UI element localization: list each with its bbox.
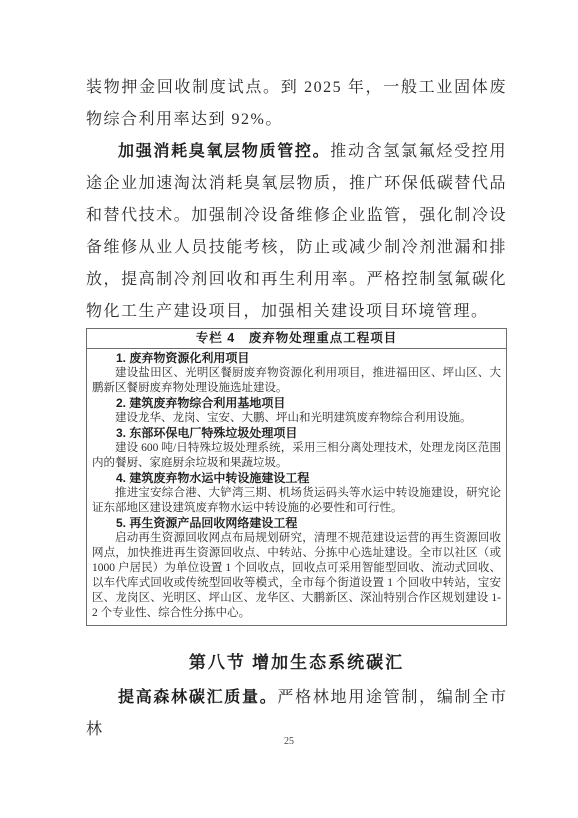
box-item-body: 建设 600 吨/日特殊垃圾处理系统，采用三相分离处理技术，处理龙岗区范围内的餐… <box>92 441 501 471</box>
column-box-body: 1. 废弃物资源化利用项目 建设盐田区、光明区餐厨废弃物资源化利用项目，推进福田… <box>87 349 506 625</box>
paragraph-ozone: 加强消耗臭氧层物质管控。推动含氢氯氟烃受控用途企业加速淘汰消耗臭氧层物质，推广环… <box>86 136 507 328</box>
page-content: 装物押金回收制度试点。到 2025 年，一般工业固体废物综合利用率达到 92%。… <box>86 72 507 746</box>
box-item-body: 启动再生资源回收网点布局规划研究，清理不规范建设运营的再生资源回收网点，加快推进… <box>92 531 501 621</box>
box-item-body: 建设盐田区、光明区餐厨废弃物资源化利用项目，推进福田区、坪山区、大鹏新区餐厨废弃… <box>92 366 501 396</box>
box-item-body: 建设龙华、龙岗、宝安、大鹏、坪山和光明建筑废弃物综合利用设施。 <box>92 411 501 426</box>
paragraph-text: 装物押金回收制度试点。到 2025 年，一般工业固体废物综合利用率达到 92%。 <box>86 79 507 128</box>
box-item-body: 推进宝安综合港、大铲湾三期、机场货运码头等水运中转设施建设，研究论证东部地区建设… <box>92 486 501 516</box>
paragraph-lead-bold: 加强消耗臭氧层物质管控。 <box>118 143 330 160</box>
paragraph-continuation: 装物押金回收制度试点。到 2025 年，一般工业固体废物综合利用率达到 92%。 <box>86 72 507 136</box>
document-page: 装物押金回收制度试点。到 2025 年，一般工业固体废物综合利用率达到 92%。… <box>0 0 578 818</box>
box-item-heading: 1. 废弃物资源化利用项目 <box>92 351 501 366</box>
paragraph-text: 推动含氢氯氟烃受控用途企业加速淘汰消耗臭氧层物质，推广环保低碳替代品和替代技术。… <box>86 143 507 320</box>
box-item-heading: 2. 建筑废弃物综合利用基地项目 <box>92 396 501 411</box>
section-heading: 第八节 增加生态系统碳汇 <box>86 648 507 678</box>
column-box-title: 专栏 4 废弃物处理重点工程项目 <box>87 329 506 349</box>
box-item-heading: 4. 建筑废弃物水运中转设施建设工程 <box>92 471 501 486</box>
paragraph-lead-bold: 提高森林碳汇质量。 <box>118 689 277 706</box>
box-item-heading: 3. 东部环保电厂特殊垃圾处理项目 <box>92 426 501 441</box>
page-number: 25 <box>0 736 578 747</box>
column-box-projects: 专栏 4 废弃物处理重点工程项目 1. 废弃物资源化利用项目 建设盐田区、光明区… <box>86 328 507 626</box>
box-item-heading: 5. 再生资源产品回收网络建设工程 <box>92 516 501 531</box>
